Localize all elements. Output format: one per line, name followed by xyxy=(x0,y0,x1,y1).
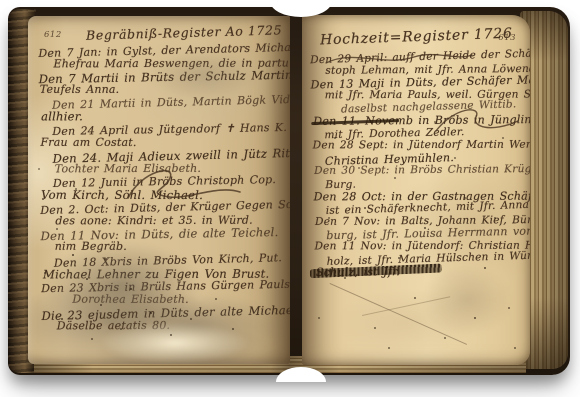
scratch-mark xyxy=(362,296,450,316)
right-page: 613 Hochzeit=Register 1726 Den 29 April:… xyxy=(302,15,530,365)
left-page-header: Begräbniß-Register Ao 1725 xyxy=(86,22,283,42)
right-page-text: Den 29 April: auff der Heide der Schäfer… xyxy=(310,49,530,279)
left-page: 612 Begräbniß-Register Ao 1725 Den 7 Jan… xyxy=(28,16,290,364)
photo-of-open-register-book: 612 Begräbniß-Register Ao 1725 Den 7 Jan… xyxy=(0,0,580,397)
scratch-mark xyxy=(330,283,467,345)
right-page-header: Hochzeit=Register 1726 xyxy=(320,26,513,49)
left-page-number: 612 xyxy=(44,30,62,40)
left-page-text: Den 7 Jan: in Gylst, der Arendators Mich… xyxy=(38,42,290,333)
register-line: Däselbe aetatis 80. xyxy=(57,318,290,332)
book: 612 Begräbniß-Register Ao 1725 Den 7 Jan… xyxy=(8,7,570,375)
register-line-scribbled-out: Schulz, ist Jfr. xyxy=(316,264,530,278)
